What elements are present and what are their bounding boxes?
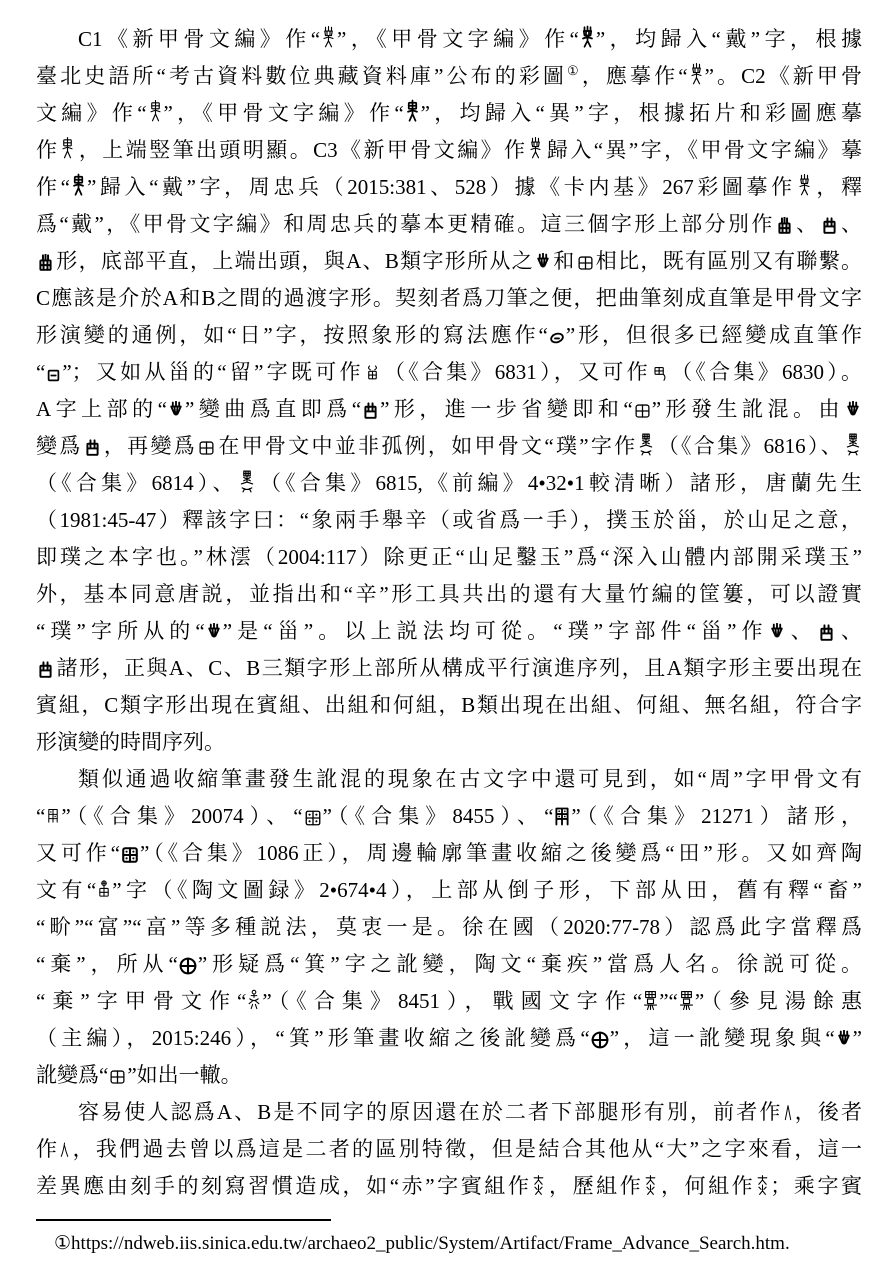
text-run: ”，《甲骨文字編》作“ <box>337 27 579 51</box>
liu-glyph-heji-6831 <box>365 364 380 383</box>
footnote-separator <box>36 1219 331 1221</box>
text-run: “棄”字甲骨文作“ <box>36 989 246 1013</box>
text-line: “璞”字所从的“”是“甾”。以上説法均可從。“璞”字部件“甾”作、、 <box>36 613 862 650</box>
text-line: “棄”字甲骨文作“”（《合集》8451），戰國文字作“”“”（參見湯餘惠 <box>36 983 862 1020</box>
tian-circle-cross-2 <box>591 1031 609 1049</box>
text-run: ”變曲爲直即爲“ <box>185 397 361 421</box>
chi-bin-group <box>532 1173 545 1197</box>
ri-pictographic <box>549 330 565 346</box>
text-line: 即璞之本字也。”林澐（2004:117）除更正“山足鑿玉”爲“深入山體内部開采璞… <box>36 539 862 576</box>
text-run: A字上部的“ <box>36 397 167 421</box>
text-run: ，釋 <box>813 175 862 199</box>
text-line: 形演變的通例，如“日”字，按照象形的寫法應作“”形，但很多已經變成直筆作 <box>36 317 862 354</box>
text-run: 類似通過收縮筆畫發生訛混的現象在古文字中還可見到，如“周”字甲骨文有 <box>78 767 862 791</box>
text-line: 差異應由刻手的刻寫習慣造成，如“赤”字賓組作，歷組作，何組作；乘字賓 <box>36 1168 862 1205</box>
text-line: “棄”，所从“”形疑爲“箕”字之訛變，陶文“棄疾”當爲人名。徐説可從。 <box>36 946 862 983</box>
text-run: “璞”字所从的“ <box>36 619 205 643</box>
text-run: ”是“甾”。以上説法均可從。“璞”字部件“甾”作 <box>223 619 768 643</box>
text-line: 作，我們過去曾以爲這是二者的區別特徵，但是結合其他从“大”之字來看，這一 <box>36 1131 862 1168</box>
text-run: ”，這一訛變現象與“ <box>610 1026 835 1050</box>
text-run: 諸形，正與A、C、B三類字形上部所从構成平行演進序列，且A類字形主要出現在 <box>55 656 862 680</box>
text-run: ，我們過去曾以爲這是二者的區別特徵，但是結合其他从“大”之字來看，這一 <box>70 1137 862 1161</box>
document-page: C1《新甲骨文編》作“”，《甲骨文字編》作“”，均歸入“戴”字，根據臺北史語所“… <box>0 0 887 1282</box>
footnote-marker: ① <box>54 1233 71 1254</box>
text-run: ”形疑爲“箕”字之訛變，陶文“棄疾”當爲人名。徐説可從。 <box>198 952 862 976</box>
text-run: 差異應由刻手的刻寫習慣造成，如“赤”字賓組作 <box>36 1174 531 1198</box>
text-run: “ <box>36 804 45 828</box>
text-run: “ <box>36 360 45 384</box>
text-line: 作“”歸入“戴”字，周忠兵（2015:381、528）據《卡内基》267彩圖摹作… <box>36 169 862 206</box>
text-line: 文有“”字（《陶文圖録》2•674•4），上部从倒子形，下部从田，舊有釋“畜” <box>36 872 862 909</box>
text-run: ”歸入“戴”字，周忠兵（2015:381、528）據《卡内基》267彩圖摹作 <box>87 175 796 199</box>
tian-circle-cross <box>179 957 197 975</box>
text-line: 外，基本同意唐説，並指出和“辛”形工具共出的還有大量竹編的筐簍，可以證實 <box>36 576 862 613</box>
text-line: （主編），2015:246），“箕”形筆畫收縮之後訛變爲“”，這一訛變現象與“” <box>36 1020 862 1057</box>
c3-glyph-xin-jiaguwenbian <box>528 135 543 161</box>
text-run: （1981:45-47）釋該字曰：“象兩手舉辛（或省爲一手），撲玉於甾，於山足之… <box>36 508 862 532</box>
text-run: ”（《合集》8455）、“ <box>323 804 554 828</box>
text-run: ”；又如从甾的“留”字既可作 <box>62 360 363 384</box>
qi-zhanguo-glyph-2 <box>679 989 694 1012</box>
zai-curved-3 <box>836 1030 852 1049</box>
yi-glyph-xin-jiaguwenbian <box>148 98 163 124</box>
text-line: A字上部的“”變曲爲直即爲“”形，進一步省變即和“”形發生訛混。由 <box>36 391 862 428</box>
pu-glyph-heji-6815 <box>239 469 255 494</box>
qi-glyph-heji-8451 <box>247 987 261 1012</box>
qi-zhanguo-glyph-1 <box>643 989 658 1012</box>
text-run: （《合集》6830）。 <box>668 360 862 384</box>
text-run: ”。C2《新甲骨 <box>705 64 862 88</box>
text-run: ”（《合集》1086正），周邊輪廓筆畫收縮之後變爲“田”形。又如齊陶 <box>140 841 862 865</box>
legs-splayed-form <box>784 1103 792 1123</box>
text-line: “畍”“富”“畗”等多種説法，莫衷一是。徐在國（2020:77-78）認爲此字當… <box>36 909 862 946</box>
text-run: “畍”“富”“畗”等多種説法，莫衷一是。徐在國（2020:77-78）認爲此字當… <box>36 915 862 939</box>
text-run: ” <box>853 1026 862 1050</box>
text-line: “”（《合集》20074）、“”（《合集》8455）、“”（《合集》21271）… <box>36 798 862 835</box>
text-line: 訛變爲“”如出一轍。 <box>36 1057 862 1094</box>
zai-component-of-a <box>535 253 551 272</box>
text-run: 即璞之本字也。”林澐（2004:117）除更正“山足鑿玉”爲“深入山體内部開采璞… <box>36 545 862 569</box>
footnote-url: https://ndweb.iis.sinica.edu.tw/archaeo2… <box>71 1233 790 1254</box>
text-line: 文編》作“”，《甲骨文字編》作“”，均歸入“異”字，根據拓片和彩圖應摹 <box>36 95 862 132</box>
text-run: “棄”，所从“ <box>36 952 178 976</box>
text-run: C1《新甲骨文編》作“ <box>78 27 320 51</box>
text-run: ，後者 <box>793 1100 862 1124</box>
zhou-glyph-heji-8455 <box>304 809 322 827</box>
text-line: 作，上端竪筆出頭明顯。C3《新甲骨文編》作歸入“異”字，《甲骨文字編》摹 <box>36 132 862 169</box>
qi-taowen-glyph <box>97 878 111 901</box>
text-run: 形演變的時間序列。 <box>36 730 225 754</box>
text-run: ”字（《陶文圖録》2•674•4），上部从倒子形，下部从田，舊有釋“畜” <box>112 878 862 902</box>
zhou-glyph-heji-1086 <box>121 846 139 864</box>
text-run: ”，均歸入“戴”字，根據 <box>596 27 862 51</box>
text-run: ，應摹作“ <box>582 64 688 88</box>
dai-glyph-caitu-copy <box>689 61 704 87</box>
text-run: ”形，但很多已經變成直筆作 <box>566 323 862 347</box>
text-run: ”，均歸入“異”字，根據拓片和彩圖應摹 <box>421 101 862 125</box>
text-run: （主編），2015:246），“箕”形筆畫收縮之後訛變爲“ <box>36 1026 590 1050</box>
text-line: 臺北史語所“考古資料數位典藏資料庫”公布的彩圖①，應摹作“”。C2《新甲骨 <box>36 58 862 95</box>
zai-in-pu <box>206 623 222 642</box>
text-run: ”形發生訛混。由 <box>652 397 844 421</box>
tian-shape <box>634 402 651 420</box>
text-run: 和 <box>552 249 576 273</box>
text-run: C應該是介於A和B之間的過渡字形。契刻者爲刀筆之便，把曲筆刻成直筆是甲骨文字 <box>36 286 862 310</box>
zai-variant-2 <box>818 624 835 642</box>
zai-straightened <box>362 402 379 420</box>
text-run: ，歷組作 <box>546 1174 643 1198</box>
text-run: （《合集》6814）、 <box>36 471 238 495</box>
text-run: 相比，既有區別又有聯繫。 <box>595 249 863 273</box>
text-run: 、 <box>786 619 817 643</box>
c3-glyph-zhouzhongbing-copy <box>797 172 812 198</box>
text-run: 在甲骨文中並非孤例，如甲骨文“璞”字作 <box>216 434 637 458</box>
text-line: （《合集》6814）、（《合集》6815,《前編》4•32•1較清晰）諸形，唐蘭… <box>36 465 862 502</box>
top-component-c <box>37 254 54 272</box>
text-run: 、 <box>839 212 862 236</box>
text-line: （1981:45-47）釋該字曰：“象兩手舉辛（或省爲一手），撲玉於甾，於山足之… <box>36 502 862 539</box>
text-run: 形演變的通例，如“日”字，按照象形的寫法應作“ <box>36 323 548 347</box>
text-run: （《合集》6816）、 <box>655 434 844 458</box>
zhou-glyph-heji-21271 <box>554 806 570 827</box>
yi-glyph-jiaguwenzibian <box>405 98 420 124</box>
text-run: 、 <box>794 212 820 236</box>
footnote: ①https://ndweb.iis.sinica.edu.tw/archaeo… <box>36 1229 862 1259</box>
zhou-glyph-heji-20074 <box>46 806 60 827</box>
text-line: “”；又如从甾的“留”字既可作（《合集》6831），又可作（《合集》6830）。 <box>36 354 862 391</box>
text-line: 類似通過收縮筆畫發生訛混的現象在古文字中還可見到，如“周”字甲骨文有 <box>36 761 862 798</box>
text-line: 形，底部平直，上端出頭，與A、B類字形所从之和相比，既有區別又有聯繫。 <box>36 243 862 280</box>
text-run: 賓組，C類字形出現在賓組、出組和何組，B類出現在出組、何組、無名組，符合字 <box>36 693 862 717</box>
text-run: 訛變爲“ <box>36 1063 108 1087</box>
ri-straightened <box>46 368 61 383</box>
zai-curved <box>168 401 184 420</box>
text-run: ；乘字賓 <box>770 1174 862 1198</box>
tian-shape-3 <box>109 1068 126 1086</box>
body-text: C1《新甲骨文編》作“”，《甲骨文字編》作“”，均歸入“戴”字，根據臺北史語所“… <box>36 21 862 1205</box>
text-run: 作 <box>36 138 59 162</box>
text-run: 作“ <box>36 175 70 199</box>
text-run: ”“ <box>659 989 678 1013</box>
zai-variant-1 <box>769 623 785 642</box>
text-run: ”（《合集》21271）諸形， <box>571 804 862 828</box>
text-line: 爲“戴”，《甲骨文字編》和周忠兵的摹本更精確。這三個字形上部分別作、、 <box>36 206 862 243</box>
zai-straightened-2 <box>84 439 101 457</box>
text-line: C應該是介於A和B之間的過渡字形。契刻者爲刀筆之便，把曲筆刻成直筆是甲骨文字 <box>36 280 862 317</box>
text-run: 文有“ <box>36 878 96 902</box>
yi-glyph-tapian-copy <box>60 135 75 161</box>
text-run: 又可作“ <box>36 841 120 865</box>
zai-curved-2 <box>845 401 861 420</box>
text-run: 、 <box>836 619 862 643</box>
text-line: C1《新甲骨文編》作“”，《甲骨文字編》作“”，均歸入“戴”字，根據 <box>36 21 862 58</box>
footnote-reference: ① <box>567 63 582 78</box>
tian-shape-2 <box>198 439 215 457</box>
text-run: 容易使人認爲A、B是不同字的原因還在於二者下部腿形有別，前者作 <box>78 1100 783 1124</box>
c3-glyph-jiaguwenzibian <box>71 172 86 198</box>
text-run: 爲“戴”，《甲骨文字編》和周忠兵的摹本更精確。這三個字形上部分別作 <box>36 212 775 236</box>
text-run: ”如出一轍。 <box>127 1063 241 1087</box>
text-line: 變爲，再變爲在甲骨文中並非孤例，如甲骨文“璞”字作（《合集》6816）、 <box>36 428 862 465</box>
top-component-a <box>776 217 793 235</box>
text-run: 臺北史語所“考古資料數位典藏資料庫”公布的彩圖 <box>36 64 567 88</box>
chi-li-group <box>644 1173 657 1197</box>
text-run: ，何組作 <box>658 1174 755 1198</box>
text-run: ”（《合集》8451），戰國文字作“ <box>262 989 642 1013</box>
text-line: 又可作“”（《合集》1086正），周邊輪廓筆畫收縮之後變爲“田”形。又如齊陶 <box>36 835 862 872</box>
text-run: ”（參見湯餘惠 <box>695 989 862 1013</box>
text-run: （《合集》6815,《前編》4•32•1較清晰）諸形，唐蘭先生 <box>256 471 862 495</box>
liu-glyph-heji-6830 <box>652 364 667 383</box>
text-run: 作 <box>36 1137 59 1161</box>
dai-glyph-jiaguwenzibian <box>580 24 595 50</box>
text-run: 文編》作“ <box>36 101 147 125</box>
zai-variant-3 <box>37 661 54 679</box>
pu-glyph-heji-6814 <box>845 432 861 457</box>
text-run: （《合集》6831），又可作 <box>381 360 651 384</box>
text-run: 變爲 <box>36 434 83 458</box>
text-run: ，再變爲 <box>102 434 197 458</box>
text-line: 容易使人認爲A、B是不同字的原因還在於二者下部腿形有別，前者作，後者 <box>36 1094 862 1131</box>
text-line: 諸形，正與A、C、B三類字形上部所从構成平行演進序列，且A類字形主要出現在 <box>36 650 862 687</box>
text-run: 歸入“異”字，《甲骨文字編》摹 <box>544 138 862 162</box>
text-run: ”（《合集》20074）、“ <box>61 804 302 828</box>
top-component-b <box>821 217 838 235</box>
tian-component <box>577 254 594 272</box>
text-run: ”形，進一步省變即和“ <box>380 397 633 421</box>
text-line: 形演變的時間序列。 <box>36 724 862 761</box>
pu-glyph-heji-6816 <box>638 432 654 457</box>
text-run: 形，底部平直，上端出頭，與A、B類字形所从之 <box>55 249 534 273</box>
legs-joined-form <box>60 1140 69 1160</box>
chi-he-group <box>756 1173 769 1197</box>
text-run: ，上端竪筆出頭明顯。C3《新甲骨文編》作 <box>76 138 527 162</box>
text-run: ”，《甲骨文字編》作“ <box>164 101 404 125</box>
text-run: 外，基本同意唐説，並指出和“辛”形工具共出的還有大量竹編的筐簍，可以證實 <box>36 582 862 606</box>
dai-glyph-xin-jiaguwenbian <box>321 24 336 50</box>
text-line: 賓組，C類字形出現在賓組、出組和何組，B類出現在出組、何組、無名組，符合字 <box>36 687 862 724</box>
